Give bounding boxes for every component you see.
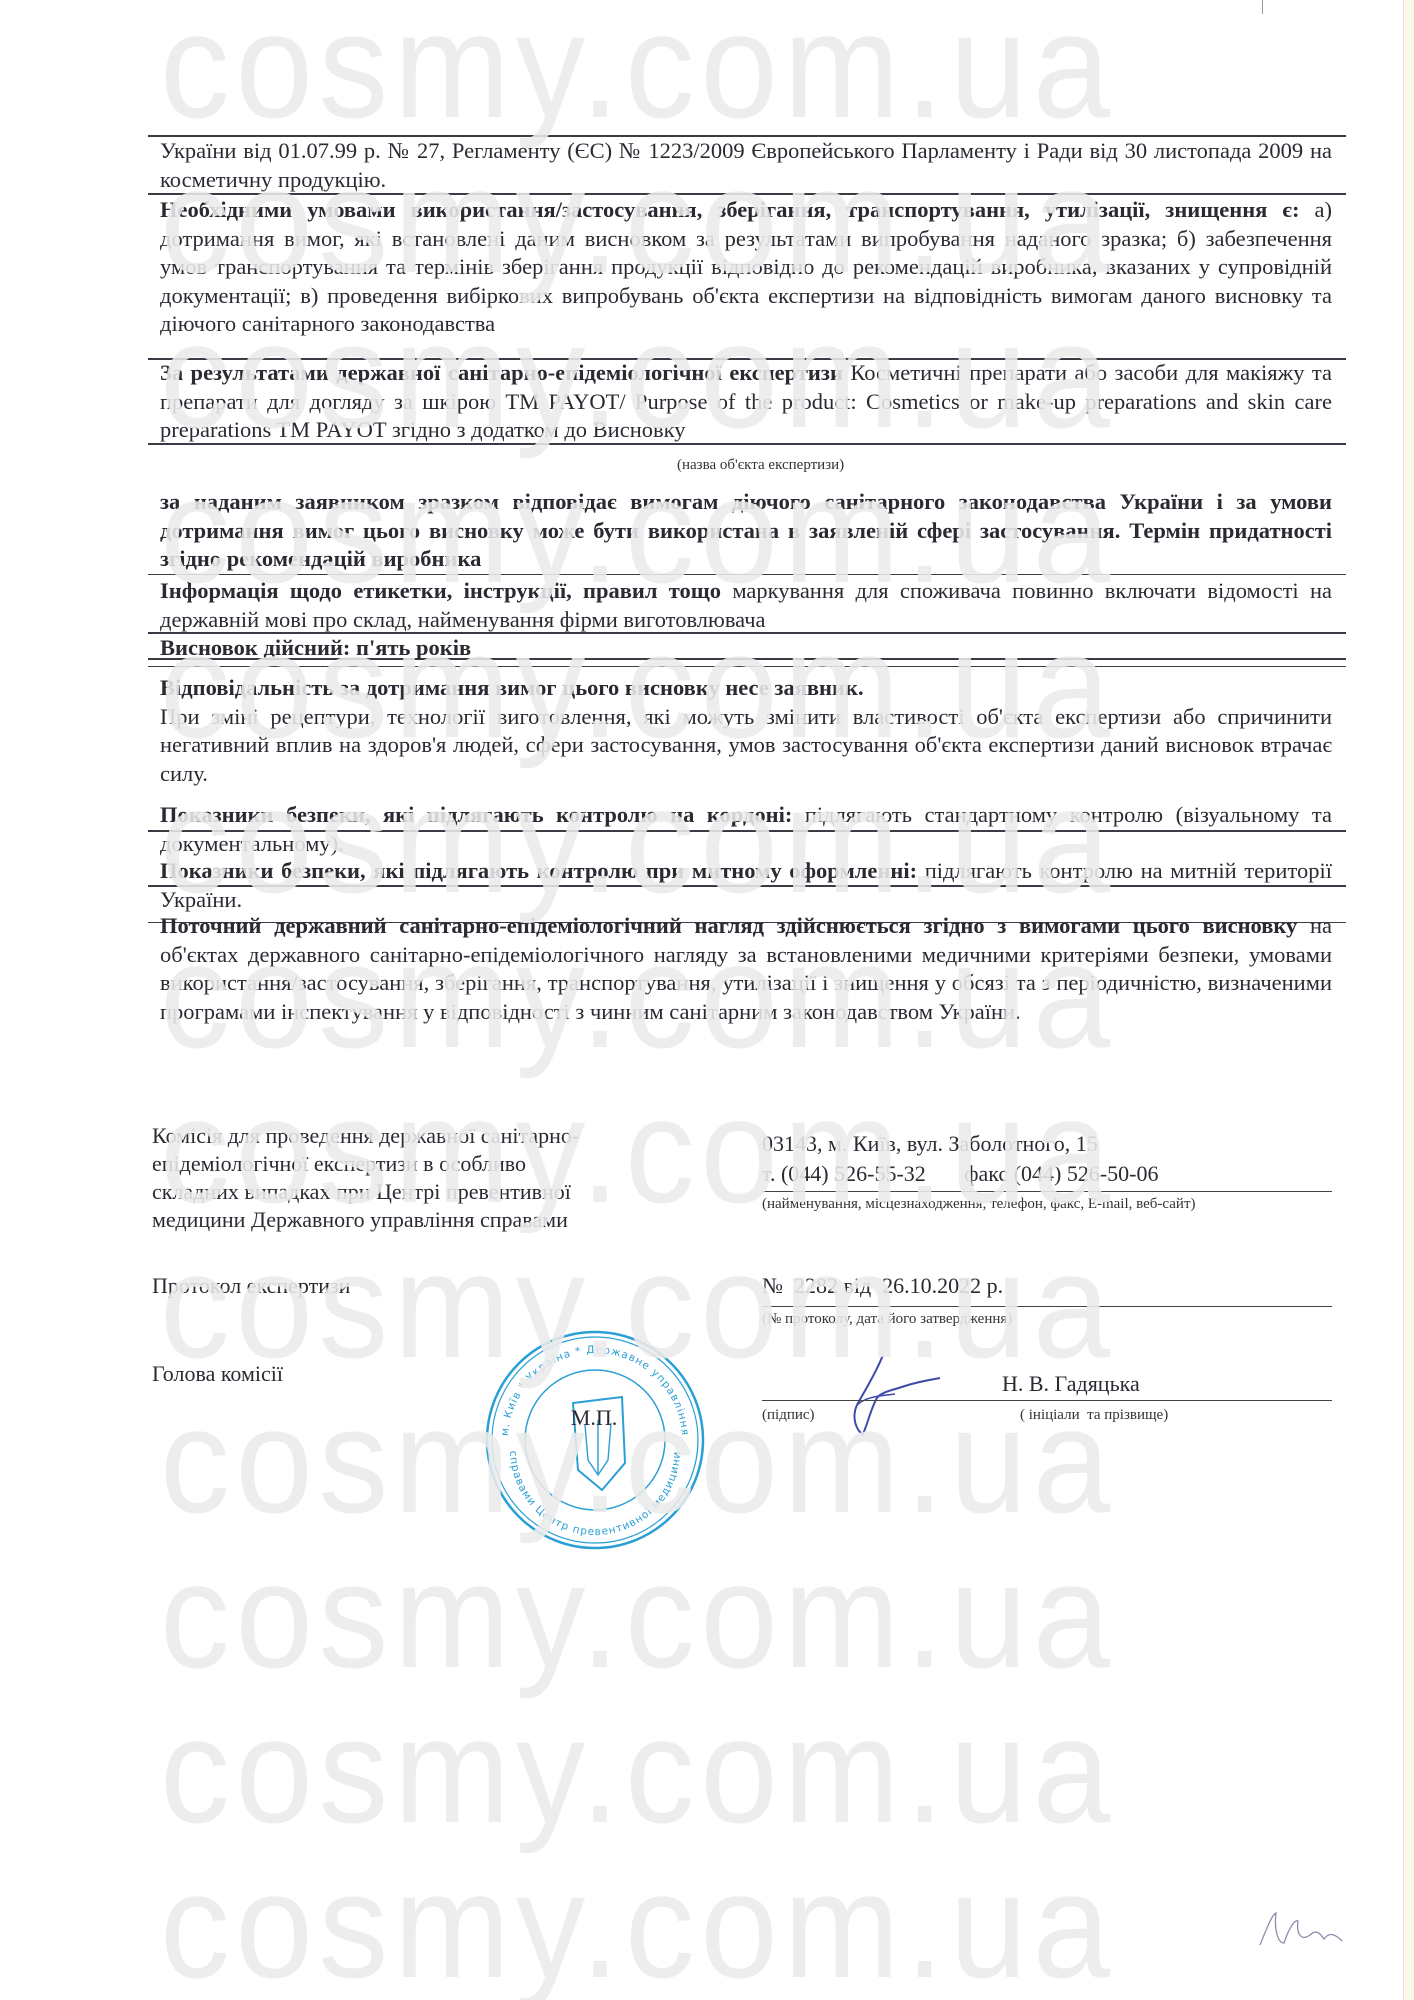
- svg-text:справами Центр превентивної ме: справами Центр превентивної медицини: [507, 1450, 683, 1538]
- signature-icon: [845, 1350, 965, 1440]
- customs-control-paragraph: Показники безпеки, які підлягають контро…: [160, 857, 1332, 914]
- regulation-paragraph: України від 01.07.99 р. № 27, Регламенту…: [160, 137, 1332, 194]
- compliance-paragraph: за наданим заявником зразком відповідає …: [160, 488, 1332, 574]
- conditions-paragraph: Необхідними умовами використання/застосу…: [160, 196, 1332, 339]
- body-text: України від 01.07.99 р. № 27, Регламенту…: [160, 138, 1332, 192]
- heading-text: за наданим заявником зразком відповідає …: [160, 489, 1332, 571]
- signature-underline: [762, 1400, 1332, 1401]
- signature-caption: (підпис): [762, 1406, 815, 1424]
- address-underline: [762, 1191, 1332, 1192]
- commission-line: епідеміологічної експертизи в особливо: [152, 1150, 692, 1178]
- commission-line: Комісія для проведення державної санітар…: [152, 1122, 692, 1150]
- svg-text:М.П.: М.П.: [571, 1405, 617, 1430]
- commission-name: Комісія для проведення державної санітар…: [152, 1122, 692, 1234]
- initials-scribble-icon: [1250, 1905, 1360, 1955]
- heading-text: Висновок дійсний: п'ять років: [160, 635, 471, 660]
- heading-text: Показники безпеки, які підлягають контро…: [160, 802, 805, 827]
- validity-paragraph: Висновок дійсний: п'ять років: [160, 634, 1332, 663]
- heading-text: За результатами державної санітарно-епід…: [160, 360, 850, 385]
- results-paragraph: За результатами державної санітарно-епід…: [160, 359, 1332, 445]
- watermark-text: cosmy.com.ua: [160, 1695, 1202, 1845]
- heading-text: Необхідними умовами використання/застосу…: [160, 197, 1315, 222]
- watermark-text: cosmy.com.ua: [160, 0, 1202, 140]
- watermark-text: cosmy.com.ua: [160, 1540, 1202, 1690]
- heading-text: Поточний державний санітарно-епідеміолог…: [160, 913, 1310, 938]
- rule: [148, 574, 1346, 575]
- head-label: Голова комісії: [152, 1360, 283, 1388]
- commission-line: медицини Державного управління справами: [152, 1206, 692, 1234]
- commission-line: складних випадках при Центрі превентивно…: [152, 1178, 692, 1206]
- heading-text: Відповідальність за дотримання вимог цьо…: [160, 675, 864, 700]
- address-caption: (найменування, місцезнаходження, телефон…: [762, 1195, 1196, 1213]
- heading-text: Інформація щодо етикетки, інструкції, пр…: [160, 578, 732, 603]
- labeling-paragraph: Інформація щодо етикетки, інструкції, пр…: [160, 577, 1332, 634]
- official-stamp-icon: м. Київ * Україна * Державне управління …: [480, 1325, 710, 1555]
- address-line: 03143, м. Київ, вул. Заболотного, 15: [762, 1130, 1098, 1158]
- supervision-paragraph: Поточний державний санітарно-епідеміолог…: [160, 912, 1332, 1026]
- scan-mark: [1262, 0, 1263, 14]
- watermark-text: cosmy.com.ua: [160, 1850, 1202, 2000]
- protocol-value: № 2282 від 26.10.2022 р.: [762, 1272, 1003, 1300]
- responsibility-paragraph: Відповідальність за дотримання вимог цьо…: [160, 674, 1332, 788]
- body-text: При зміні рецептури, технології виготовл…: [160, 704, 1332, 786]
- object-name-caption: (назва об'єкта експертизи): [677, 456, 844, 474]
- protocol-caption: (№ протоколу, дата його затвердження): [762, 1310, 1012, 1328]
- protocol-label: Протокол експертизи: [152, 1272, 350, 1300]
- heading-text: Показники безпеки, які підлягають контро…: [160, 858, 925, 883]
- protocol-underline: [762, 1306, 1332, 1307]
- rule: [148, 666, 1346, 667]
- phone-fax-line: т. (044) 526-55-32 факс (044) 526-50-06: [762, 1160, 1159, 1188]
- border-control-paragraph: Показники безпеки, які підлягають контро…: [160, 801, 1332, 858]
- head-name: Н. В. Гадяцька: [1002, 1370, 1140, 1398]
- scan-edge: [1403, 0, 1414, 2000]
- name-caption: ( ініціали та прізвище): [1020, 1406, 1168, 1424]
